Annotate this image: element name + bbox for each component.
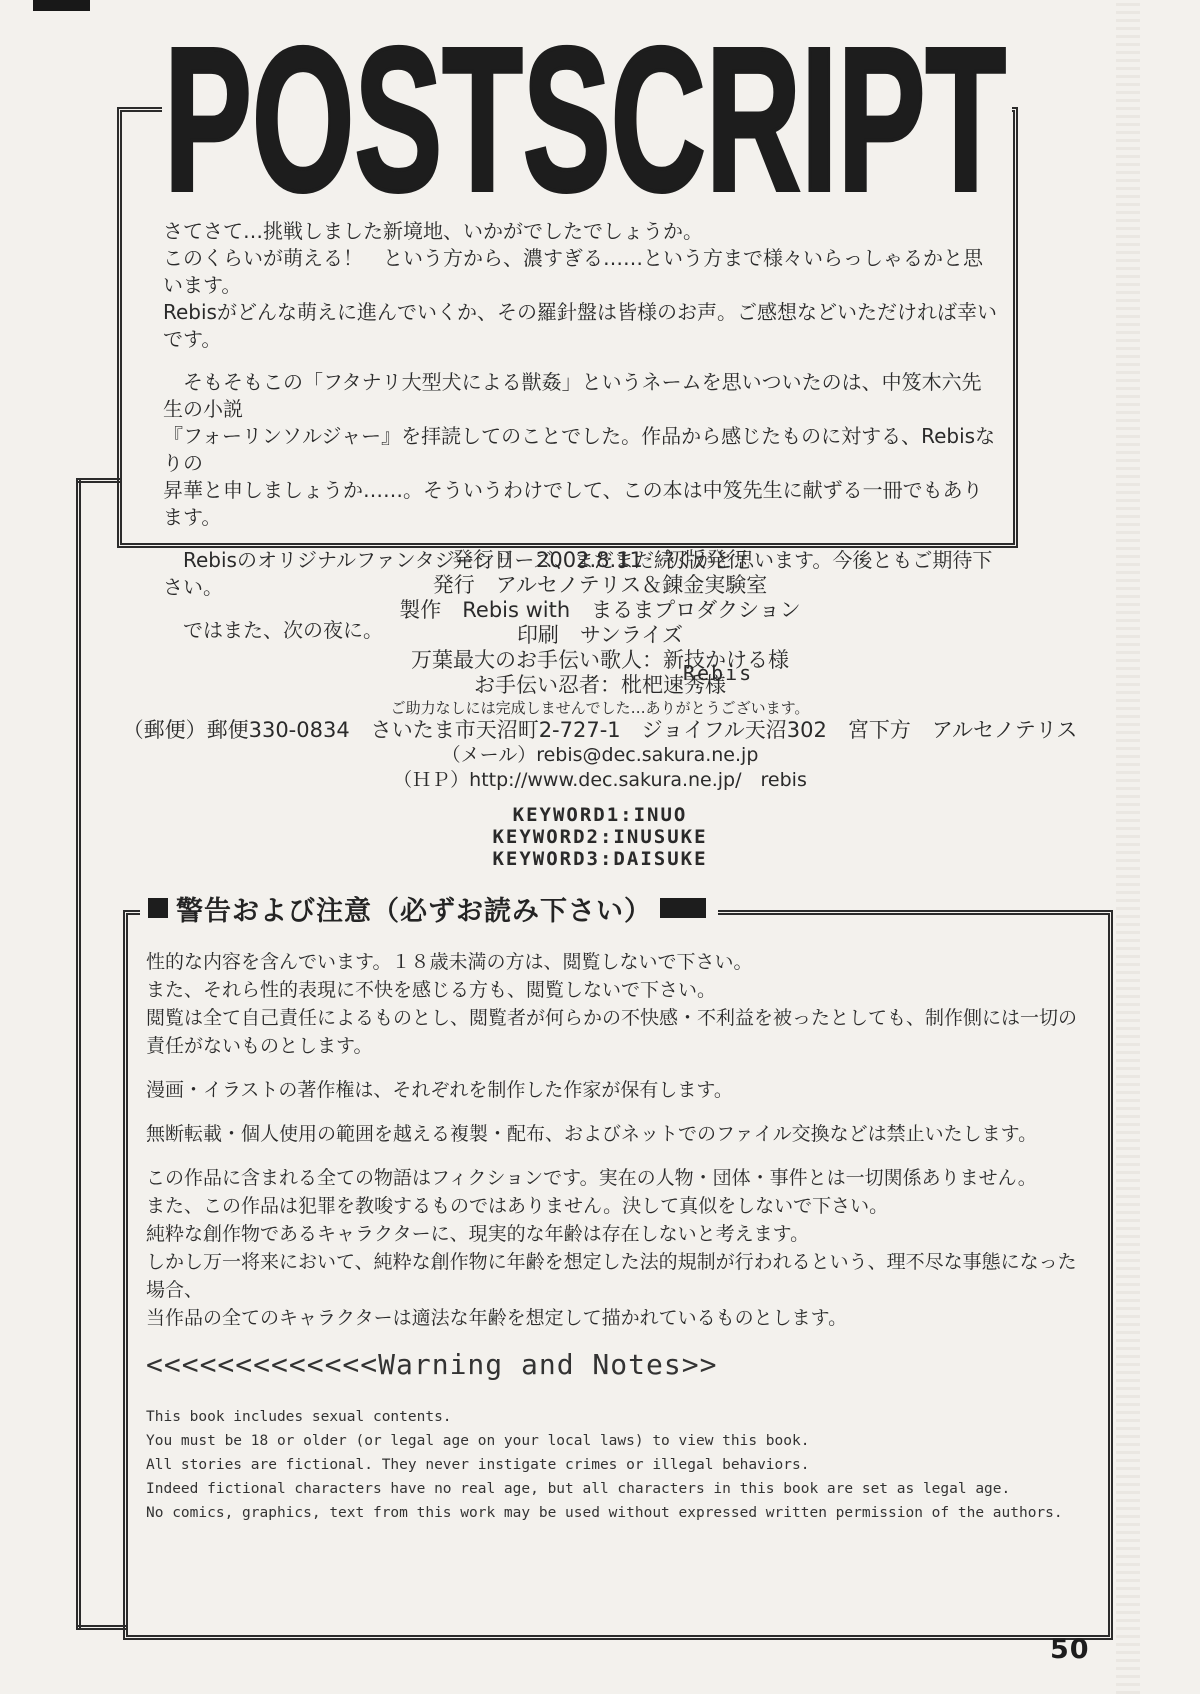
scanned-page: POSTSCRIPT さてさて…挑戦しました新境地、いかがでしたでしょうか。 こ… (0, 0, 1200, 1694)
warning-jp-block-copyright: 漫画・イラストの著作権は、それぞれを制作した作家が保有します。 (146, 1076, 1086, 1104)
left-frame-connector-bottom (76, 1625, 128, 1630)
postscript-title-text: POSTSCRIPT (164, 40, 1006, 198)
black-square-icon (148, 898, 168, 918)
keywords: KEYWORD1:INUO KEYWORD2:INUSUKE KEYWORD3:… (0, 804, 1200, 870)
left-frame-connector-top (76, 478, 122, 483)
warning-jp-block-redistribution: 無断転載・個人使用の範囲を越える複製・配布、およびネットでのファイル交換などは禁… (146, 1120, 1086, 1148)
warning-header: 警告および注意（必ずお読み下さい） (140, 886, 718, 930)
warning-jp-block-viewing: 性的な内容を含んでいます。１８歳未満の方は、閲覧しないで下さい。 また、それら性… (146, 948, 1086, 1060)
warning-en-text: This book includes sexual contents. You … (146, 1405, 1096, 1525)
page-number: 50 (1050, 1634, 1090, 1665)
colophon-line-email: （メール）rebis@dec.sakura.ne.jp (0, 743, 1200, 768)
keyword-line-3: KEYWORD3:DAISUKE (0, 848, 1200, 870)
warning-header-label: 警告および注意（必ずお読み下さい） (176, 889, 652, 928)
afterword-paragraph: そもそもこの「フタナリ大型犬による獣姦」というネームを思いついたのは、中笈木六先… (163, 369, 1001, 531)
afterword-paragraph: ではまた、次の夜に。 (163, 617, 1001, 644)
scan-corner-mark (33, 0, 90, 11)
warning-jp-block-fiction: この作品に含まれる全ての物語はフィクションです。実在の人物・団体・事件とは一切関… (146, 1164, 1086, 1332)
warning-jp-text: 性的な内容を含んでいます。１８歳未満の方は、閲覧しないで下さい。 また、それら性… (146, 948, 1086, 1348)
afterword-paragraph: Rebisのオリジナルファンタジーシリーズ、まだまだ続くかと思います。今後ともご… (163, 547, 1001, 601)
colophon-line-thanks: ご助力なしには完成しませんでした…ありがとうございます。 (0, 698, 1200, 718)
keyword-line-1: KEYWORD1:INUO (0, 804, 1200, 826)
author-signature: Rebis (683, 660, 1001, 687)
warning-en-header: <<<<<<<<<<<<<Warning and Notes>> (146, 1348, 717, 1381)
postscript-title: POSTSCRIPT (162, 40, 1012, 198)
black-bar-icon (660, 898, 706, 918)
afterword-paragraph: さてさて…挑戦しました新境地、いかがでしたでしょうか。 このくらいが萌える！ と… (163, 218, 1001, 353)
afterword: さてさて…挑戦しました新境地、いかがでしたでしょうか。 このくらいが萌える！ と… (163, 218, 1001, 687)
colophon-line-homepage: （ＨＰ）http://www.dec.sakura.ne.jp/ rebis (0, 768, 1200, 793)
keyword-line-2: KEYWORD2:INUSUKE (0, 826, 1200, 848)
colophon-line-postal-address: （郵便）郵便330-0834 さいたま市天沼町2-727-1 ジョイフル天沼30… (0, 718, 1200, 743)
